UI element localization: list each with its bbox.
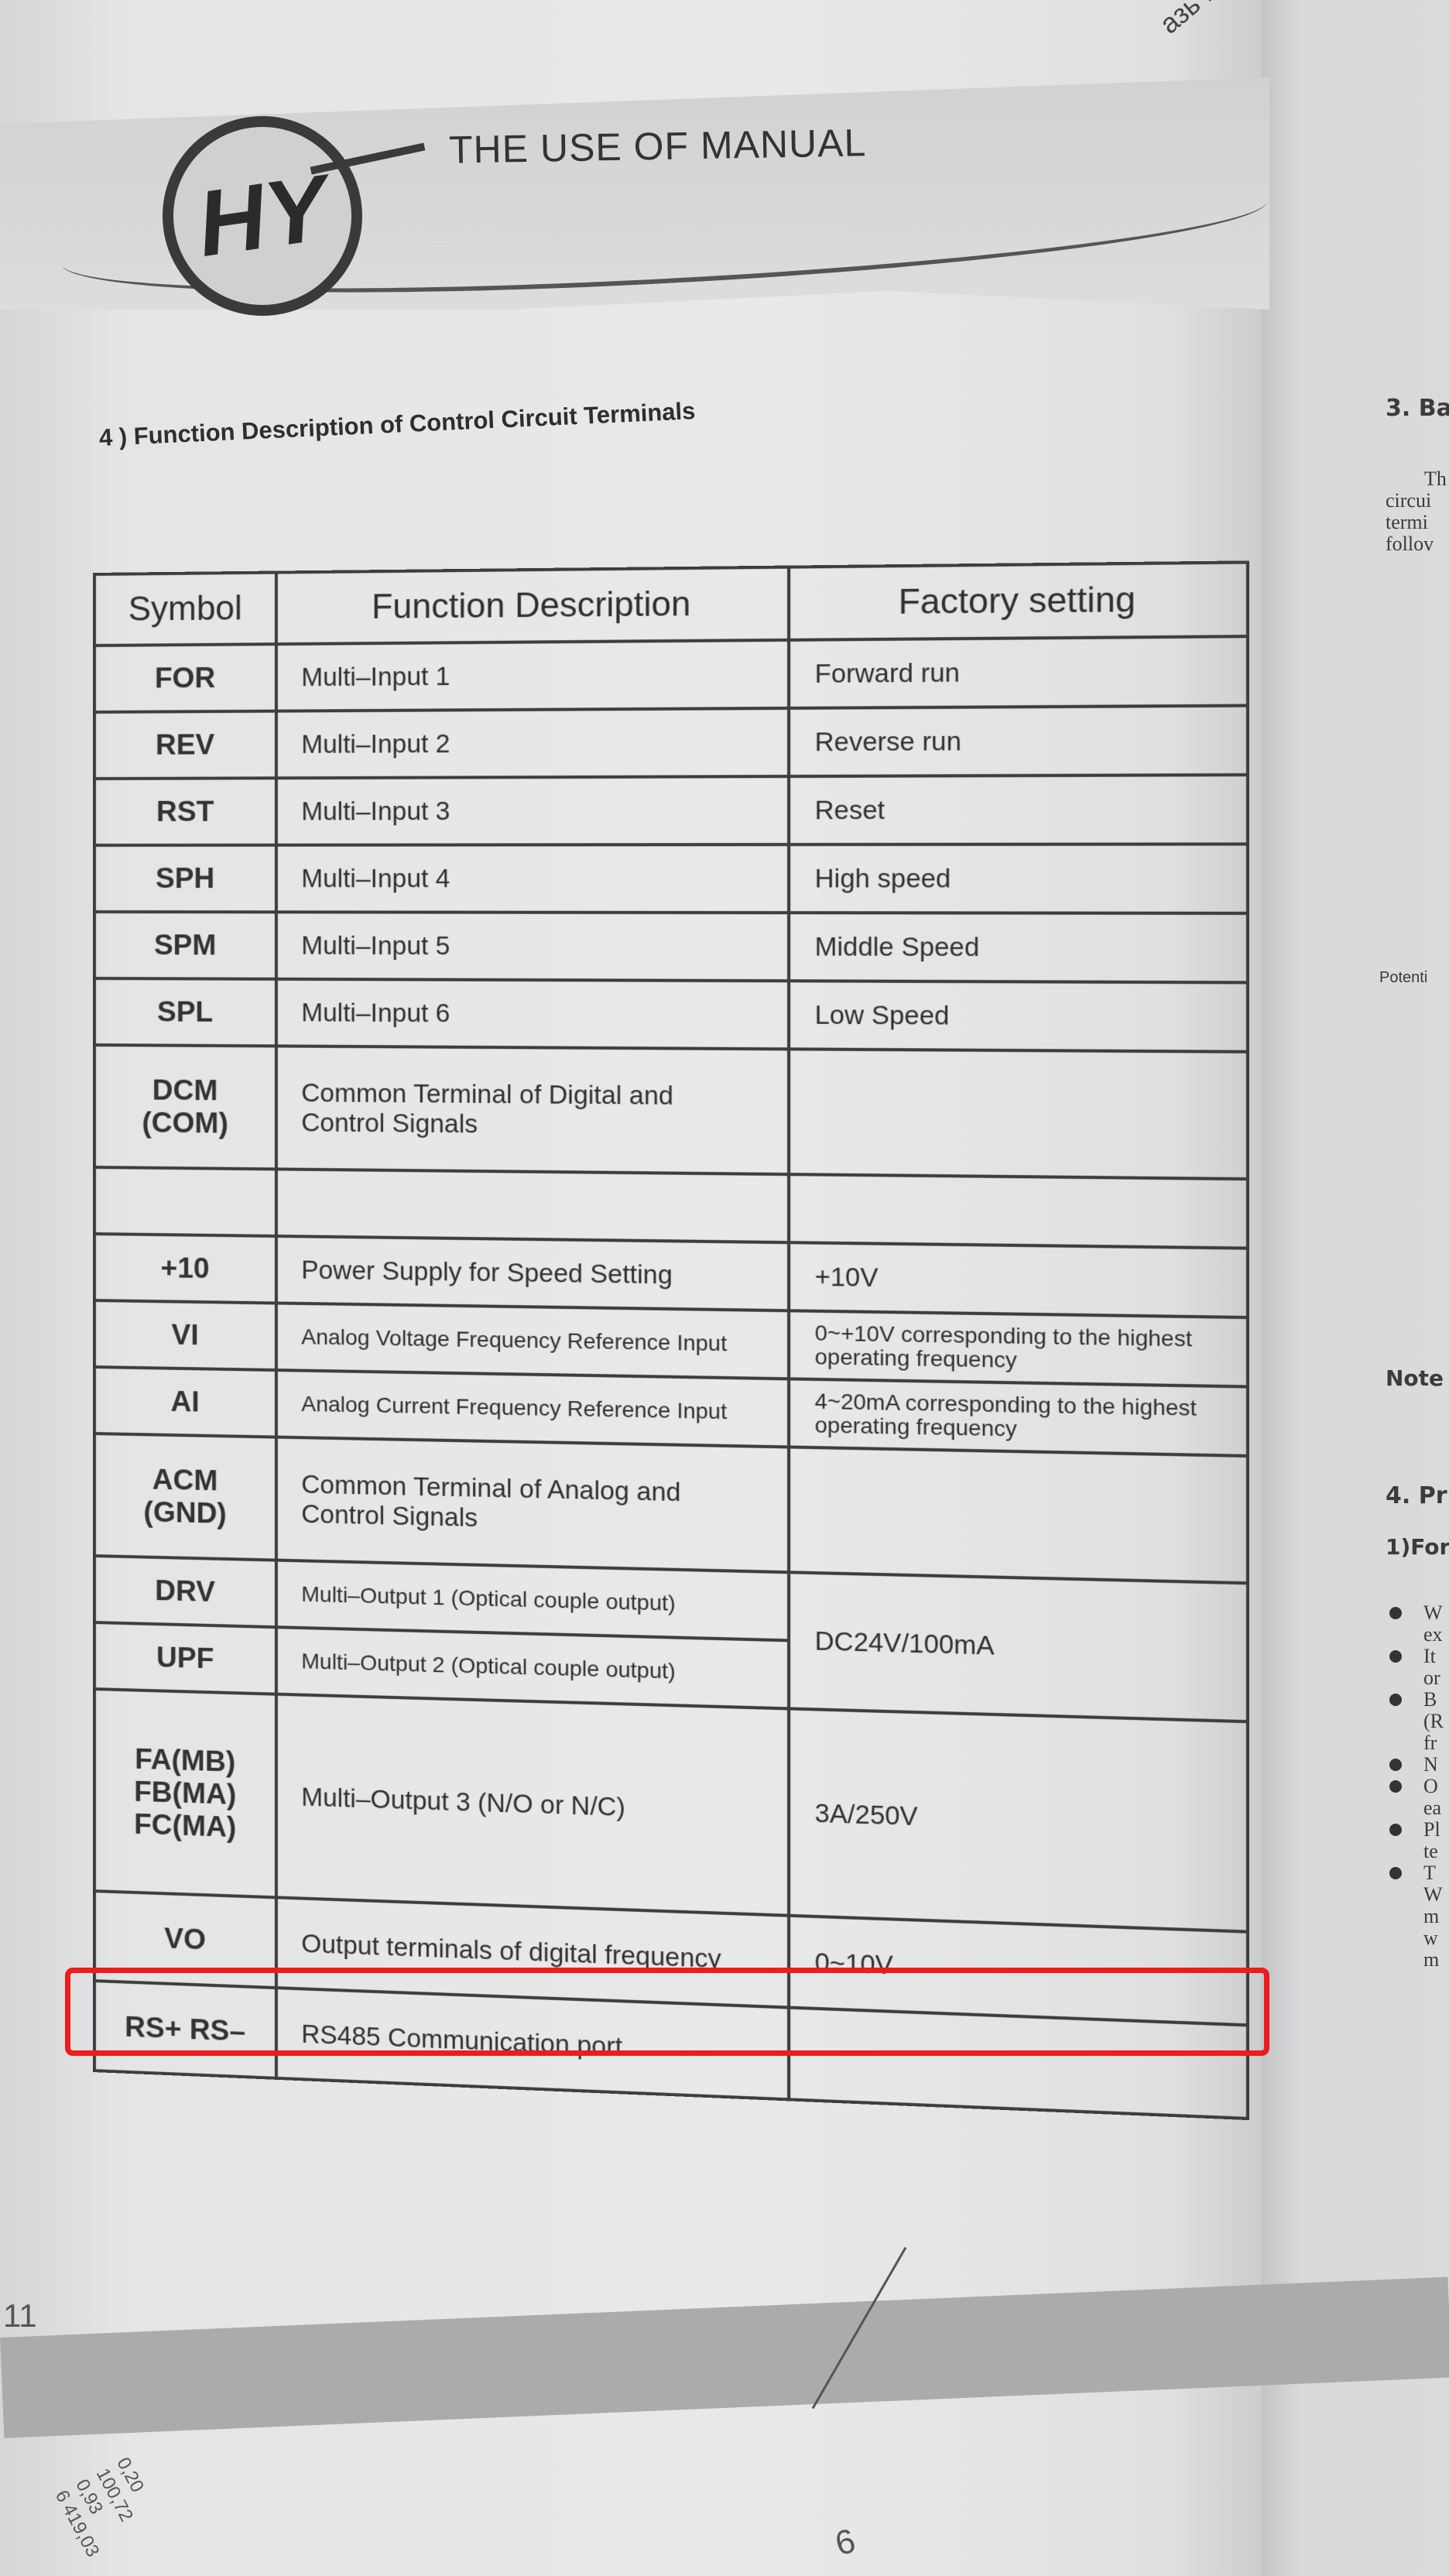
column-header-factory: Factory setting (789, 562, 1248, 639)
page-number: 11 (3, 2297, 37, 2334)
function-cell: Multi–Input 2 (276, 708, 789, 778)
right-body-line: follov (1386, 533, 1447, 555)
symbol-cell (94, 1167, 276, 1236)
bullet-icon (1389, 1867, 1402, 1879)
manual-title: THE USE OF MANUAL (449, 120, 867, 172)
factory-cell (789, 1174, 1248, 1248)
factory-cell: 0~+10V corresponding to the highest oper… (789, 1310, 1248, 1386)
bullet-item: B (1389, 1689, 1444, 1711)
factory-cell: Reverse run (789, 706, 1248, 776)
bullet-icon (1389, 1759, 1402, 1771)
symbol-cell: +10 (94, 1234, 276, 1303)
bullet-continuation: ea (1389, 1797, 1444, 1819)
factory-cell: High speed (789, 844, 1248, 913)
bullet-item: Pl (1389, 1819, 1444, 1841)
symbol-cell: SPH (94, 845, 276, 913)
factory-cell: +10V (789, 1242, 1248, 1317)
factory-cell: Middle Speed (789, 913, 1248, 982)
right-page (1262, 0, 1449, 2576)
right-subheading: 1)For (1386, 1534, 1449, 1560)
function-cell: Analog Current Frequency Reference Input (276, 1370, 789, 1447)
bullet-continuation: fr (1389, 1732, 1444, 1754)
bullet-icon (1389, 1607, 1402, 1619)
right-heading-3: 3. Ba (1386, 395, 1449, 422)
bullet-continuation: m (1389, 1906, 1444, 1927)
table-row: SPH Multi–Input 4 High speed (94, 844, 1248, 913)
terminal-table-wrapper: Symbol Function Description Factory sett… (93, 560, 1249, 2120)
symbol-cell: FOR (94, 644, 276, 712)
bullet-continuation: (R (1389, 1711, 1444, 1732)
table-header-row: Symbol Function Description Factory sett… (94, 562, 1248, 646)
bullet-icon (1389, 1694, 1402, 1706)
factory-cell: Reset (789, 775, 1248, 844)
function-cell: Power Supply for Speed Setting (276, 1236, 789, 1310)
table-row: FA(MB) FB(MA) FC(MA) Multi–Output 3 (N/O… (94, 1689, 1248, 1932)
right-bullet-list: W ex It or B (R fr N O ea Pl te T W m w … (1389, 1602, 1444, 1971)
factory-cell: 3A/250V (789, 1708, 1248, 1931)
column-header-function: Function Description (276, 567, 789, 645)
bullet-icon (1389, 1650, 1402, 1663)
bullet-continuation: ex (1389, 1624, 1444, 1646)
bullet-item: N (1389, 1754, 1444, 1776)
table-row: RST Multi–Input 3 Reset (94, 775, 1248, 845)
symbol-cell: ACM (GND) (94, 1434, 276, 1560)
function-cell: Analog Voltage Frequency Reference Input (276, 1303, 789, 1379)
table-row: SPL Multi–Input 6 Low Speed (94, 978, 1248, 1052)
function-cell: Multi–Input 6 (276, 979, 789, 1049)
right-body-line: circui (1386, 490, 1447, 512)
table-row: FOR Multi–Input 1 Forward run (94, 636, 1248, 712)
function-cell: Common Terminal of Digital and Control S… (276, 1046, 789, 1174)
function-cell: Multi–Input 5 (276, 912, 789, 981)
highlight-box (65, 1968, 1269, 2056)
bullet-continuation: w (1389, 1927, 1444, 1949)
symbol-cell: VI (94, 1300, 276, 1370)
function-cell (276, 1169, 789, 1242)
symbol-cell: AI (94, 1367, 276, 1437)
bullet-icon (1389, 1824, 1402, 1836)
function-cell: Multi–Input 1 (276, 640, 789, 711)
bullet-item: O (1389, 1776, 1444, 1797)
table-row: REV Multi–Input 2 Reverse run (94, 706, 1248, 779)
symbol-cell: UPF (94, 1622, 276, 1694)
table-row: DCM (COM) Common Terminal of Digital and… (94, 1045, 1248, 1179)
right-body-line: Th (1386, 468, 1447, 490)
function-cell: Multi–Input 3 (276, 776, 789, 845)
bullet-continuation: W (1389, 1884, 1444, 1906)
right-body: Th circui termi follov (1386, 468, 1447, 555)
symbol-cell: DCM (COM) (94, 1045, 276, 1169)
function-cell: Multi–Output 3 (N/O or N/C) (276, 1694, 789, 1916)
symbol-cell: DRV (94, 1556, 276, 1627)
bullet-icon (1389, 1780, 1402, 1793)
factory-cell: 4~20mA corresponding to the highest oper… (789, 1379, 1248, 1456)
factory-cell (789, 1049, 1248, 1179)
function-cell: Multi–Input 4 (276, 844, 789, 913)
bullet-item: It (1389, 1646, 1444, 1667)
symbol-cell: SPM (94, 912, 276, 979)
right-note-label: Note (1386, 1365, 1444, 1391)
right-heading-4: 4. Pr (1386, 1482, 1447, 1509)
right-potential-label: Potenti (1379, 969, 1427, 987)
terminal-table: Symbol Function Description Factory sett… (93, 560, 1249, 2120)
symbol-cell: SPL (94, 978, 276, 1046)
factory-cell: Low Speed (789, 981, 1248, 1052)
bullet-continuation: m (1389, 1949, 1444, 1971)
right-body-line: termi (1386, 512, 1447, 533)
factory-cell-merged: DC24V/100mA (789, 1572, 1248, 1721)
symbol-cell: REV (94, 711, 276, 779)
bullet-item: T (1389, 1862, 1444, 1884)
bullet-item: W (1389, 1602, 1444, 1624)
function-cell: Common Terminal of Analog and Control Si… (276, 1437, 789, 1573)
factory-cell (789, 1447, 1248, 1583)
table-row: SPM Multi–Input 5 Middle Speed (94, 912, 1248, 982)
column-header-symbol: Symbol (94, 573, 276, 646)
symbol-cell: RST (94, 778, 276, 845)
bullet-continuation: te (1389, 1841, 1444, 1862)
symbol-cell: FA(MB) FB(MA) FC(MA) (94, 1689, 276, 1897)
bullet-continuation: or (1389, 1667, 1444, 1689)
factory-cell: Forward run (789, 636, 1248, 708)
